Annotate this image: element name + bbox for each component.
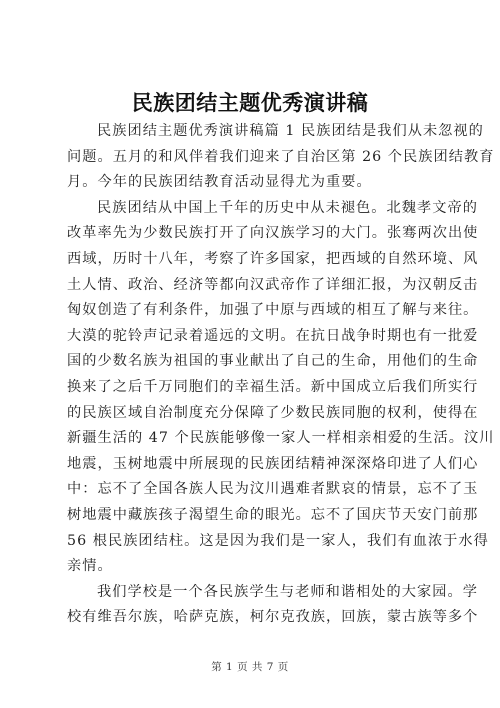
paragraph-2-line-10: 新疆生活的 47 个民族能够像一家人一样相亲相爱的生活。汶川 (67, 426, 435, 452)
paragraph-2-line-4: 土人情、政治、经济等都向汉武帝作了详细汇报，为汉朝反击 (67, 273, 435, 299)
page-footer: 第 1 页 共 7 页 (0, 659, 500, 674)
paragraph-2-line-8: 换来了之后千万同胞们的幸福生活。新中国成立后我们所实行 (67, 375, 435, 401)
paragraph-3-line-2: 校有维吾尔族，哈萨克族，柯尔克孜族，回族，蒙古族等多个 (67, 605, 435, 631)
paragraph-2-line-11: 地震，玉树地震中所展现的民族团结精神深深烙印进了人们心 (67, 452, 435, 478)
paragraph-2-line-1: 民族团结从中国上千年的历史中从未褪色。北魏孝文帝的 (67, 196, 435, 222)
document-body: 民族团结主题优秀演讲稿篇 1 民族团结是我们从未忽视的 问题。五月的和风伴着我们… (67, 119, 435, 631)
paragraph-1-line-1: 民族团结主题优秀演讲稿篇 1 民族团结是我们从未忽视的 (67, 119, 435, 145)
paragraph-2-line-9: 的民族区域自治制度充分保障了少数民族同胞的权利，使得在 (67, 401, 435, 427)
document-page: 民族团结主题优秀演讲稿 民族团结主题优秀演讲稿篇 1 民族团结是我们从未忽视的 … (0, 0, 500, 708)
paragraph-1-line-3: 月。今年的民族团结教育活动显得尤为重要。 (67, 170, 435, 196)
paragraph-2-line-12: 中：忘不了全国各族人民为汶川遇难者默哀的情景，忘不了玉 (67, 477, 435, 503)
document-title: 民族团结主题优秀演讲稿 (0, 89, 500, 117)
paragraph-3-line-1: 我们学校是一个各民族学生与老师和谐相处的大家园。学 (67, 580, 435, 606)
paragraph-2-line-14: 56 根民族团结柱。这是因为我们是一家人，我们有血浓于水得 (67, 529, 435, 555)
paragraph-2-line-15: 亲情。 (67, 554, 435, 580)
paragraph-2-line-3: 西域，历时十八年，考察了许多国家，把西域的自然环境、风 (67, 247, 435, 273)
paragraph-2-line-2: 改革率先为少数民族打开了向汉族学习的大门。张骞两次出使 (67, 221, 435, 247)
paragraph-1-line-2: 问题。五月的和风伴着我们迎来了自治区第 26 个民族团结教育 (67, 145, 435, 171)
paragraph-2-line-7: 国的少数名族为祖国的事业献出了自己的生命，用他们的生命 (67, 349, 435, 375)
paragraph-2-line-13: 树地震中藏族孩子渴望生命的眼光。忘不了国庆节天安门前那 (67, 503, 435, 529)
paragraph-2-line-5: 匈奴创造了有利条件，加强了中原与西域的相互了解与来往。 (67, 298, 435, 324)
paragraph-2-line-6: 大漠的驼铃声记录着遥远的文明。在抗日战争时期也有一批爱 (67, 324, 435, 350)
